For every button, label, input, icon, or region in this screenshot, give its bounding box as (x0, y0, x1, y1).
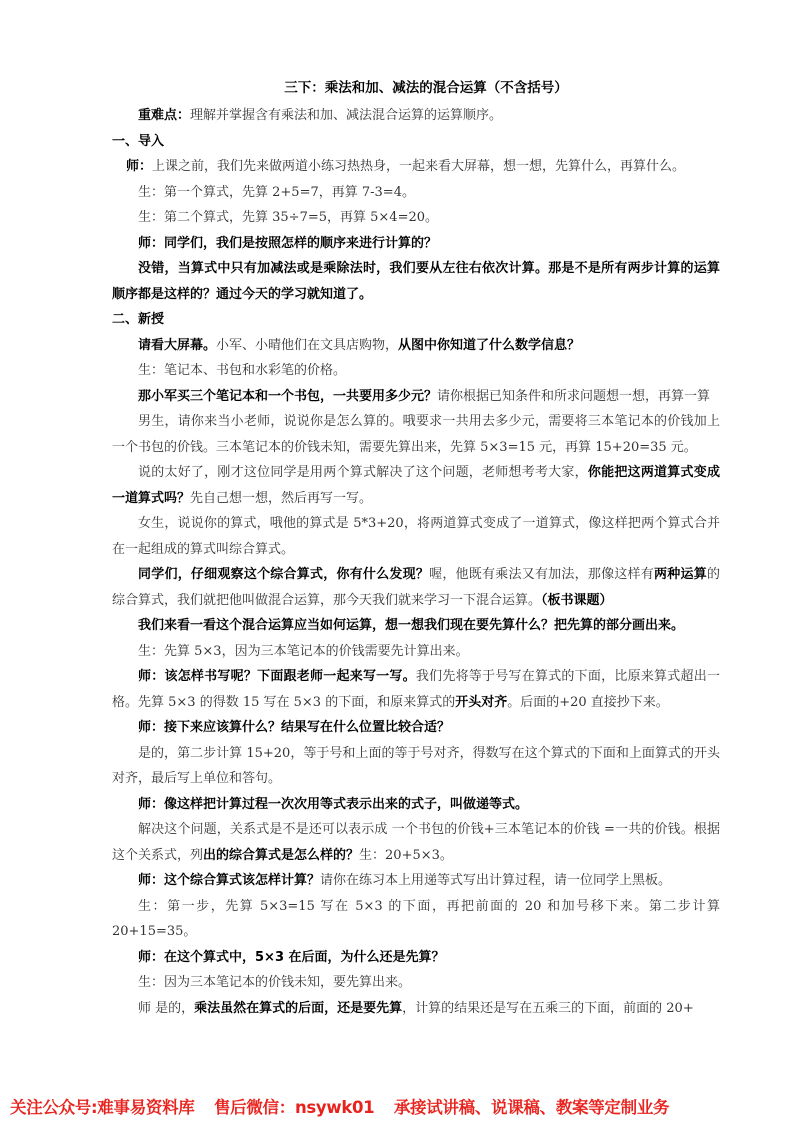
key-points-label: 重难点： (138, 108, 190, 123)
paragraph: 没错，当算式中只有加减法或是乘除法时，我们要从左往右依次计算。那是不是所有两步计… (112, 256, 720, 307)
paragraph: 生：第一步，先算 5×3=15 写在 5×3 的下面，再把前面的 20 和加号移… (112, 894, 720, 945)
paragraph: 师：上课之前，我们先来做两道小练习热热身，一起来看大屏幕，想一想，先算什么，再算… (112, 154, 720, 180)
paragraph: 师：接下来应该算什么？结果写在什么位置比较合适？ (112, 715, 720, 741)
paragraph: 同学们，仔细观察这个综合算式，你有什么发现？喔，他既有乘法又有加法，那像这样有两… (112, 562, 720, 613)
watermark-footer: 关注公众号:难事易资料库 售后微信：nsywk01 承接试讲稿、说课稿、教案等定… (10, 1096, 793, 1120)
footer-service: 承接试讲稿、说课稿、教案等定制业务 (394, 1098, 669, 1117)
paragraph: 生：第二个算式，先算 35÷7=5，再算 5×4=20。 (112, 205, 720, 231)
document-page: 三下：乘法和加、减法的混合运算（不含括号） 重难点：理解并掌握含有乘法和加、减法… (112, 78, 720, 1021)
paragraph: 师：同学们，我们是按照怎样的顺序来进行计算的？ (112, 231, 720, 257)
paragraph: 说的太好了，刚才这位同学是用两个算式解决了这个问题，老师想考考大家，你能把这两道… (112, 460, 720, 511)
key-points: 重难点：理解并掌握含有乘法和加、减法混合运算的运算顺序。 (112, 103, 720, 129)
paragraph: 是的，第二步计算 15+20，等于号和上面的等于号对齐，得数写在这个算式的下面和… (112, 741, 720, 792)
document-title: 三下：乘法和加、减法的混合运算（不含括号） (132, 78, 720, 98)
paragraph: 我们来看一看这个混合运算应当如何运算，想一想我们现在要先算什么？把先算的部分画出… (112, 613, 720, 639)
paragraph: 男生，请你来当小老师，说说你是怎么算的。哦要求一共用去多少元，需要将三本笔记本的… (112, 409, 720, 460)
paragraph: 师：该怎样书写呢？下面跟老师一起来写一写。我们先将等于号写在算式的下面，比原来算… (112, 664, 720, 715)
footer-account: 关注公众号:难事易资料库 (10, 1098, 195, 1117)
paragraph: 生：先算 5×3，因为三本笔记本的价钱需要先计算出来。 (112, 639, 720, 665)
paragraph: 女生，说说你的算式，哦他的算式是 5*3+20，将两道算式变成了一道算式，像这样… (112, 511, 720, 562)
paragraph: 生：因为三本笔记本的价钱未知，要先算出来。 (112, 970, 720, 996)
section-heading-new-lesson: 二、新授 (112, 307, 720, 333)
section-heading-intro: 一、导入 (112, 129, 720, 155)
paragraph: 请看大屏幕。小军、小晴他们在文具店购物，从图中你知道了什么数学信息？ (112, 333, 720, 359)
paragraph: 师：这个综合算式该怎样计算？请你在练习本上用递等式写出计算过程，请一位同学上黑板… (112, 868, 720, 894)
footer-wechat: 售后微信：nsywk01 (214, 1098, 374, 1117)
paragraph: 师：像这样把计算过程一次次用等式表示出来的式子，叫做递等式。 (112, 792, 720, 818)
paragraph: 那小军买三个笔记本和一个书包，一共要用多少元？请你根据已知条件和所求问题想一想，… (112, 384, 720, 410)
paragraph: 生：笔记本、书包和水彩笔的价格。 (112, 358, 720, 384)
paragraph: 解决这个问题，关系式是不是还可以表示成 一个书包的价钱+三本笔记本的价钱 =一共… (112, 817, 720, 868)
paragraph: 生：第一个算式，先算 2+5=7，再算 7-3=4。 (112, 180, 720, 206)
paragraph: 师 是的，乘法虽然在算式的后面，还是要先算，计算的结果还是写在五乘三的下面，前面… (112, 996, 720, 1022)
paragraph: 师：在这个算式中，5×3 在后面，为什么还是先算？ (112, 945, 720, 971)
